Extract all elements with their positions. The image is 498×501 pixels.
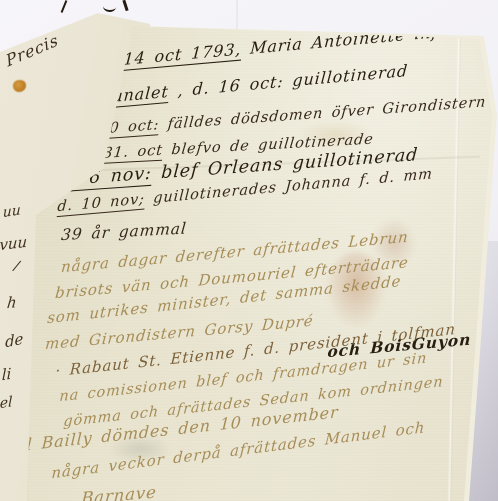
under-page-word: Precis [4,30,61,70]
line-text: Barnave [81,482,158,501]
wax-dot-stain [13,80,26,92]
manuscript-line: 39 år gammal [60,219,187,244]
manuscript-scan: Precis uu vuu / h de li el d: 14 oct 179… [0,0,498,501]
margin-ink-fragment: li [2,364,12,384]
top-edge-ink-stroke [61,0,68,13]
margin-ink-fragment: vuu [0,233,28,255]
top-edge-ink-stroke [103,1,117,13]
margin-ink-fragment: h [6,293,18,312]
top-edge-ink-stroke [122,0,128,11]
manuscript-line: Barnave [81,482,158,501]
margin-ink-fragment: uu [3,202,21,221]
underlined-date: d. 10 nov; [57,191,146,217]
line-text: , d. 16 oct: guillotinerad [168,61,409,101]
manuscript-line: d: 14 oct 1793, Maria Antoinette införd … [97,16,498,71]
margin-ink-fragment: el [0,394,13,412]
background-crease [236,0,238,30]
margin-ink-fragment: / [13,258,21,275]
line-text: 39 år gammal [60,219,187,244]
margin-ink-fragment: de [5,329,23,351]
